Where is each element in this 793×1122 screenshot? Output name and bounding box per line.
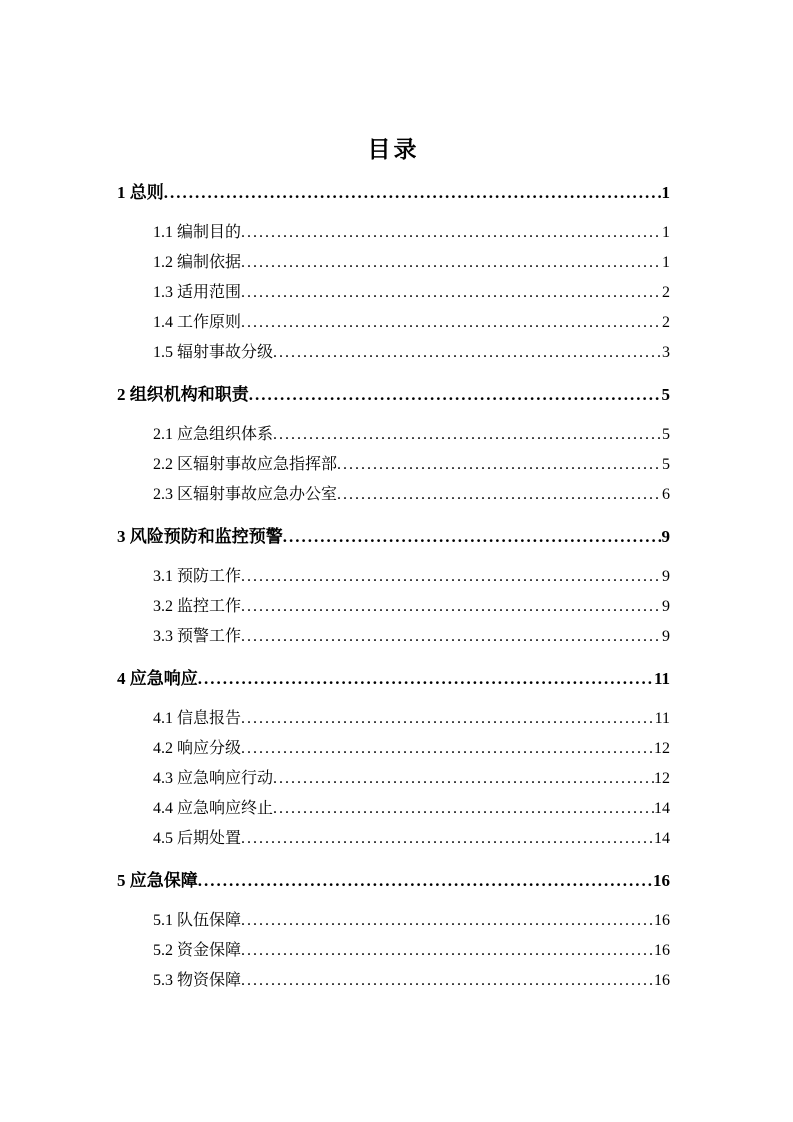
toc-entry-label: 2.3 区辐射事故应急办公室 xyxy=(153,480,337,510)
toc-entry-label: 3.3 预警工作 xyxy=(153,622,241,652)
toc-page-number: 16 xyxy=(653,866,670,896)
toc-page-number: 9 xyxy=(662,562,670,592)
toc-item-entry[interactable]: 3.3 预警工作................................… xyxy=(117,622,670,652)
toc-item-entry[interactable]: 3.2 监控工作................................… xyxy=(117,592,670,622)
toc-entry-label: 2.2 区辐射事故应急指挥部 xyxy=(153,450,337,480)
toc-page-number: 1 xyxy=(662,218,670,248)
toc-page-number: 9 xyxy=(662,622,670,652)
toc-item-entry[interactable]: 2.2 区辐射事故应急指挥部..........................… xyxy=(117,450,670,480)
toc-entry-label: 1.5 辐射事故分级 xyxy=(153,338,273,368)
toc-item-entry[interactable]: 5.3 物资保障................................… xyxy=(117,966,670,996)
toc-leader-dots: ........................................… xyxy=(241,592,662,622)
table-of-contents: 1 总则....................................… xyxy=(117,178,670,996)
toc-entry-label: 2.1 应急组织体系 xyxy=(153,420,273,450)
toc-page-number: 11 xyxy=(654,664,670,694)
toc-page-number: 14 xyxy=(654,824,670,854)
toc-leader-dots: ........................................… xyxy=(164,178,662,208)
toc-leader-dots: ........................................… xyxy=(198,866,653,896)
toc-chapter-entry[interactable]: 3 风险预防和监控预警.............................… xyxy=(117,522,670,552)
toc-entry-label: 1.2 编制依据 xyxy=(153,248,241,278)
toc-page-number: 16 xyxy=(654,966,670,996)
toc-page-number: 16 xyxy=(654,906,670,936)
toc-leader-dots: ........................................… xyxy=(241,936,654,966)
toc-page-number: 5 xyxy=(662,420,670,450)
toc-chapter-entry[interactable]: 1 总则....................................… xyxy=(117,178,670,208)
toc-page-number: 12 xyxy=(654,734,670,764)
toc-page-number: 2 xyxy=(662,278,670,308)
toc-page-number: 16 xyxy=(654,936,670,966)
toc-leader-dots: ........................................… xyxy=(273,764,654,794)
toc-leader-dots: ........................................… xyxy=(198,664,654,694)
toc-page-number: 5 xyxy=(662,380,671,410)
toc-item-entry[interactable]: 1.4 工作原则................................… xyxy=(117,308,670,338)
toc-item-entry[interactable]: 1.3 适用范围................................… xyxy=(117,278,670,308)
toc-chapter-entry[interactable]: 4 应急响应..................................… xyxy=(117,664,670,694)
toc-page-number: 1 xyxy=(662,248,670,278)
toc-item-entry[interactable]: 4.1 信息报告................................… xyxy=(117,704,670,734)
toc-page-number: 9 xyxy=(662,592,670,622)
toc-item-entry[interactable]: 1.5 辐射事故分级..............................… xyxy=(117,338,670,368)
toc-chapter-entry[interactable]: 2 组织机构和职责...............................… xyxy=(117,380,670,410)
toc-entry-label: 4.1 信息报告 xyxy=(153,704,241,734)
toc-leader-dots: ........................................… xyxy=(241,218,662,248)
toc-entry-label: 5.2 资金保障 xyxy=(153,936,241,966)
toc-page-number: 6 xyxy=(662,480,670,510)
toc-entry-label: 1.4 工作原则 xyxy=(153,308,241,338)
toc-page-number: 5 xyxy=(662,450,670,480)
toc-item-entry[interactable]: 2.1 应急组织体系..............................… xyxy=(117,420,670,450)
toc-leader-dots: ........................................… xyxy=(337,480,662,510)
toc-page-number: 3 xyxy=(662,338,670,368)
toc-leader-dots: ........................................… xyxy=(337,450,662,480)
toc-page-number: 9 xyxy=(662,522,671,552)
toc-entry-label: 1.3 适用范围 xyxy=(153,278,241,308)
toc-item-entry[interactable]: 5.1 队伍保障................................… xyxy=(117,906,670,936)
toc-page-number: 12 xyxy=(654,764,670,794)
toc-leader-dots: ........................................… xyxy=(249,380,662,410)
toc-item-entry[interactable]: 1.2 编制依据................................… xyxy=(117,248,670,278)
toc-entry-label: 5.1 队伍保障 xyxy=(153,906,241,936)
toc-entry-label: 3.2 监控工作 xyxy=(153,592,241,622)
toc-entry-label: 1 总则 xyxy=(117,178,164,208)
toc-item-entry[interactable]: 3.1 预防工作................................… xyxy=(117,562,670,592)
toc-leader-dots: ........................................… xyxy=(273,338,662,368)
toc-leader-dots: ........................................… xyxy=(241,308,662,338)
toc-leader-dots: ........................................… xyxy=(273,420,662,450)
toc-entry-label: 4.4 应急响应终止 xyxy=(153,794,273,824)
toc-item-entry[interactable]: 4.4 应急响应终止..............................… xyxy=(117,794,670,824)
toc-item-entry[interactable]: 4.2 响应分级................................… xyxy=(117,734,670,764)
toc-leader-dots: ........................................… xyxy=(241,704,655,734)
toc-chapter-entry[interactable]: 5 应急保障..................................… xyxy=(117,866,670,896)
toc-entry-label: 3 风险预防和监控预警 xyxy=(117,522,283,552)
toc-entry-label: 5.3 物资保障 xyxy=(153,966,241,996)
toc-entry-label: 4.3 应急响应行动 xyxy=(153,764,273,794)
toc-leader-dots: ........................................… xyxy=(241,906,654,936)
toc-page-number: 11 xyxy=(655,704,670,734)
toc-item-entry[interactable]: 2.3 区辐射事故应急办公室..........................… xyxy=(117,480,670,510)
document-page: 目录 1 总则.................................… xyxy=(0,0,793,1122)
toc-page-number: 2 xyxy=(662,308,670,338)
toc-entry-label: 4 应急响应 xyxy=(117,664,198,694)
toc-leader-dots: ........................................… xyxy=(241,562,662,592)
toc-entry-label: 4.2 响应分级 xyxy=(153,734,241,764)
toc-leader-dots: ........................................… xyxy=(241,824,654,854)
page-title: 目录 xyxy=(117,134,670,166)
toc-page-number: 1 xyxy=(662,178,671,208)
toc-leader-dots: ........................................… xyxy=(241,622,662,652)
toc-entry-label: 4.5 后期处置 xyxy=(153,824,241,854)
toc-item-entry[interactable]: 4.5 后期处置................................… xyxy=(117,824,670,854)
toc-entry-label: 3.1 预防工作 xyxy=(153,562,241,592)
toc-entry-label: 1.1 编制目的 xyxy=(153,218,241,248)
toc-item-entry[interactable]: 1.1 编制目的................................… xyxy=(117,218,670,248)
toc-leader-dots: ........................................… xyxy=(283,522,662,552)
toc-leader-dots: ........................................… xyxy=(241,966,654,996)
toc-item-entry[interactable]: 4.3 应急响应行动..............................… xyxy=(117,764,670,794)
toc-leader-dots: ........................................… xyxy=(241,248,662,278)
toc-page-number: 14 xyxy=(654,794,670,824)
toc-entry-label: 5 应急保障 xyxy=(117,866,198,896)
toc-item-entry[interactable]: 5.2 资金保障................................… xyxy=(117,936,670,966)
toc-leader-dots: ........................................… xyxy=(241,278,662,308)
toc-leader-dots: ........................................… xyxy=(273,794,654,824)
toc-leader-dots: ........................................… xyxy=(241,734,654,764)
toc-entry-label: 2 组织机构和职责 xyxy=(117,380,249,410)
